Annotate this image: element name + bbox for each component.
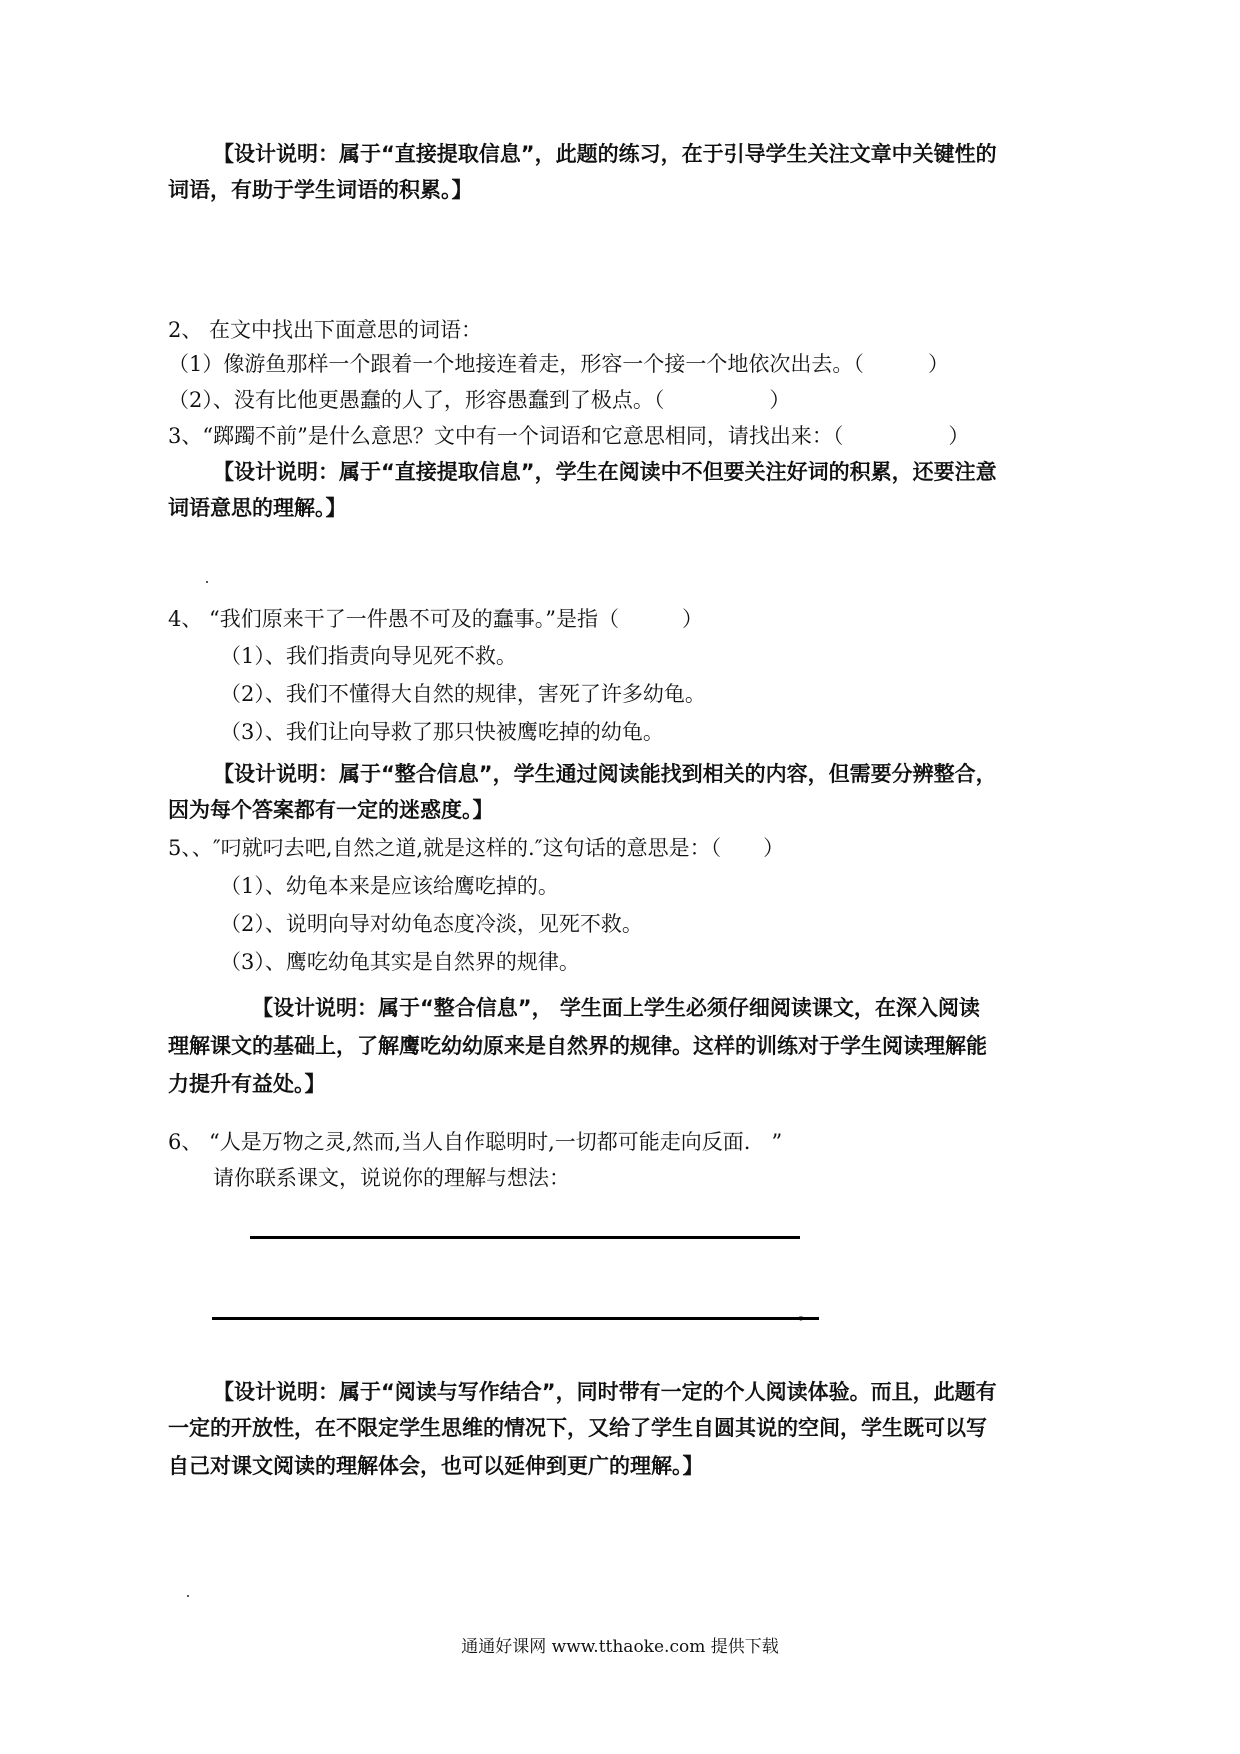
question-5-option-3: （3）、鹰吃幼龟其实是自然界的规律。: [220, 948, 580, 976]
design-note-4-line-1: 【设计说明：属于“整合信息”， 学生面上学生必须仔细阅读课文，在深入阅读: [252, 994, 980, 1022]
question-2-item-1: （1）像游鱼那样一个跟着一个地接连着走，形容一个接一个地依次出去。（: [168, 350, 864, 378]
design-note-1-line-1: 【设计说明：属于“直接提取信息”，此题的练习，在于引导学生关注文章中关键性的: [213, 140, 997, 168]
answer-line-2[interactable]: [212, 1317, 819, 1320]
design-note-5-line-1: 【设计说明：属于“阅读与写作结合”，同时带有一定的个人阅读体验。而且，此题有: [213, 1378, 997, 1406]
scan-speck: [206, 581, 208, 583]
scan-speck: [187, 1595, 189, 1597]
question-5-option-2: （2）、说明向导对幼龟态度冷淡，见死不救。: [220, 910, 643, 938]
answer-end-mark: 。: [798, 1300, 814, 1328]
question-4-option-3: （3）、我们让向导救了那只快被鹰吃掉的幼龟。: [220, 718, 664, 746]
question-6-prompt: 请你联系课文，说说你的理解与想法：: [213, 1164, 570, 1192]
question-2-item-1-close: ）: [928, 350, 949, 378]
page-footer: 通通好课网 www.tthaoke.com 提供下载: [0, 1636, 1240, 1658]
question-5-title: 5、、″叼就叼去吧,自然之道,就是这样的.″这句话的意思是：（ ）: [168, 834, 784, 862]
design-note-2-line-2: 词语意思的理解。】: [168, 494, 347, 522]
design-note-3-line-1: 【设计说明：属于“整合信息”，学生通过阅读能找到相关的内容，但需要分辨整合，: [213, 760, 997, 788]
question-4-title: 4、 “我们原来干了一件愚不可及的蠢事。”是指（ ）: [168, 605, 703, 633]
design-note-4-line-3: 力提升有益处。】: [168, 1070, 326, 1098]
question-6-title: 6、 “人是万物之灵,然而,当人自作聪明时,一切都可能走向反面. ”: [168, 1128, 782, 1156]
question-2-item-2: （2）、没有比他更愚蠢的人了，形容愚蠢到了极点。（ ）: [168, 386, 790, 414]
design-note-3-line-2: 因为每个答案都有一定的迷惑度。】: [168, 796, 494, 824]
question-4-option-2: （2）、我们不懂得大自然的规律，害死了许多幼龟。: [220, 680, 706, 708]
answer-line-1[interactable]: [250, 1236, 800, 1239]
design-note-4-line-2: 理解课文的基础上，了解鹰吃幼幼原来是自然界的规律。这样的训练对于学生阅读理解能: [168, 1032, 987, 1060]
question-5-option-1: （1）、幼龟本来是应该给鹰吃掉的。: [220, 872, 559, 900]
design-note-1-line-2: 词语，有助于学生词语的积累。】: [168, 176, 473, 204]
question-2-title: 2、 在文中找出下面意思的词语：: [168, 316, 482, 344]
design-note-5-line-3: 自己对课文阅读的理解体会，也可以延伸到更广的理解。】: [168, 1452, 704, 1480]
design-note-5-line-2: 一定的开放性，在不限定学生思维的情况下，又给了学生自圆其说的空间，学生既可以写: [168, 1414, 987, 1442]
design-note-2-line-1: 【设计说明：属于“直接提取信息”，学生在阅读中不但要关注好词的积累，还要注意: [213, 458, 997, 486]
question-4-option-1: （1）、我们指责向导见死不救。: [220, 642, 517, 670]
question-3-title: 3、“踯躅不前”是什么意思？文中有一个词语和它意思相同，请找出来：（ ）: [168, 422, 969, 450]
